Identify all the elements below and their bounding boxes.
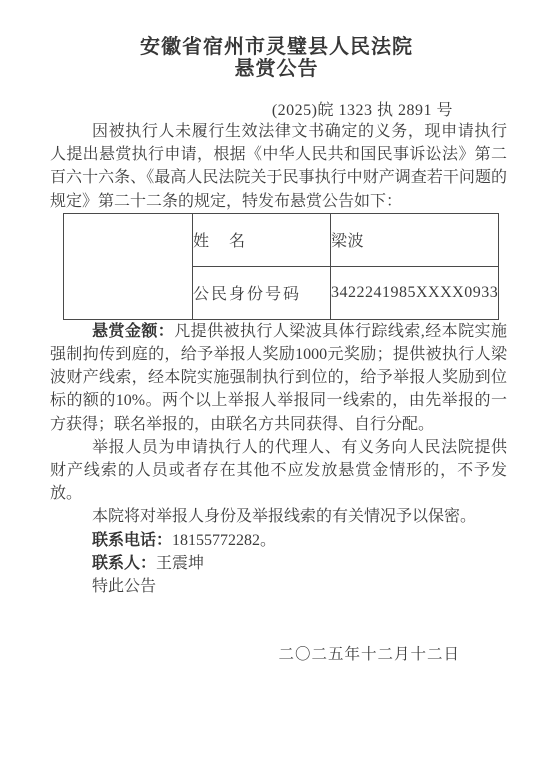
- court-name-title: 安徽省宿州市灵璧县人民法院: [0, 36, 553, 58]
- contact-phone-label: 联系电话：: [92, 532, 172, 549]
- issue-date: 二〇二五年十二月十二日: [0, 642, 553, 664]
- document-body: 因被执行人未履行生效法律文书确定的义务，现申请执行人提出悬赏执行申请，根据《中华…: [50, 120, 507, 598]
- id-number-value-cell: 3422241985XXXX0933: [331, 266, 499, 319]
- exclusion-paragraph: 举报人员为申请执行人的代理人、有义务向人民法院提供财产线索的人员或者存在其他不应…: [50, 436, 507, 506]
- confidentiality-paragraph: 本院将对举报人身份及举报线索的有关情况予以保密。: [50, 505, 507, 528]
- table-row: 姓 名 梁波: [64, 213, 499, 266]
- notice-title: 悬赏公告: [0, 58, 553, 80]
- contact-person-value: 王震坤: [156, 555, 204, 572]
- contact-phone-line: 联系电话：18155772282。: [50, 529, 507, 552]
- contact-phone-value: 18155772282。: [172, 532, 276, 549]
- contact-person-line: 联系人：王震坤: [50, 552, 507, 575]
- reward-amount-label: 悬赏金额：: [92, 323, 174, 340]
- id-number-label-cell: 公民身份号码: [193, 266, 331, 319]
- name-label-cell: 姓 名: [193, 213, 331, 266]
- case-number: (2025)皖 1323 执 2891 号: [0, 97, 553, 120]
- contact-person-label: 联系人：: [92, 555, 156, 572]
- notice-document: 安徽省宿州市灵璧县人民法院 悬赏公告 (2025)皖 1323 执 2891 号…: [0, 0, 553, 782]
- intro-paragraph: 因被执行人未履行生效法律文书确定的义务，现申请执行人提出悬赏执行申请，根据《中华…: [50, 120, 507, 213]
- name-value-cell: 梁波: [331, 213, 499, 266]
- subject-info-table: 姓 名 梁波 公民身份号码 3422241985XXXX0933: [63, 213, 499, 320]
- closing-line: 特此公告: [50, 575, 507, 598]
- reward-paragraph: 悬赏金额：凡提供被执行人梁波具体行踪线索,经本院实施强制拘传到庭的，给予举报人奖…: [50, 320, 507, 436]
- photo-cell: [64, 213, 193, 319]
